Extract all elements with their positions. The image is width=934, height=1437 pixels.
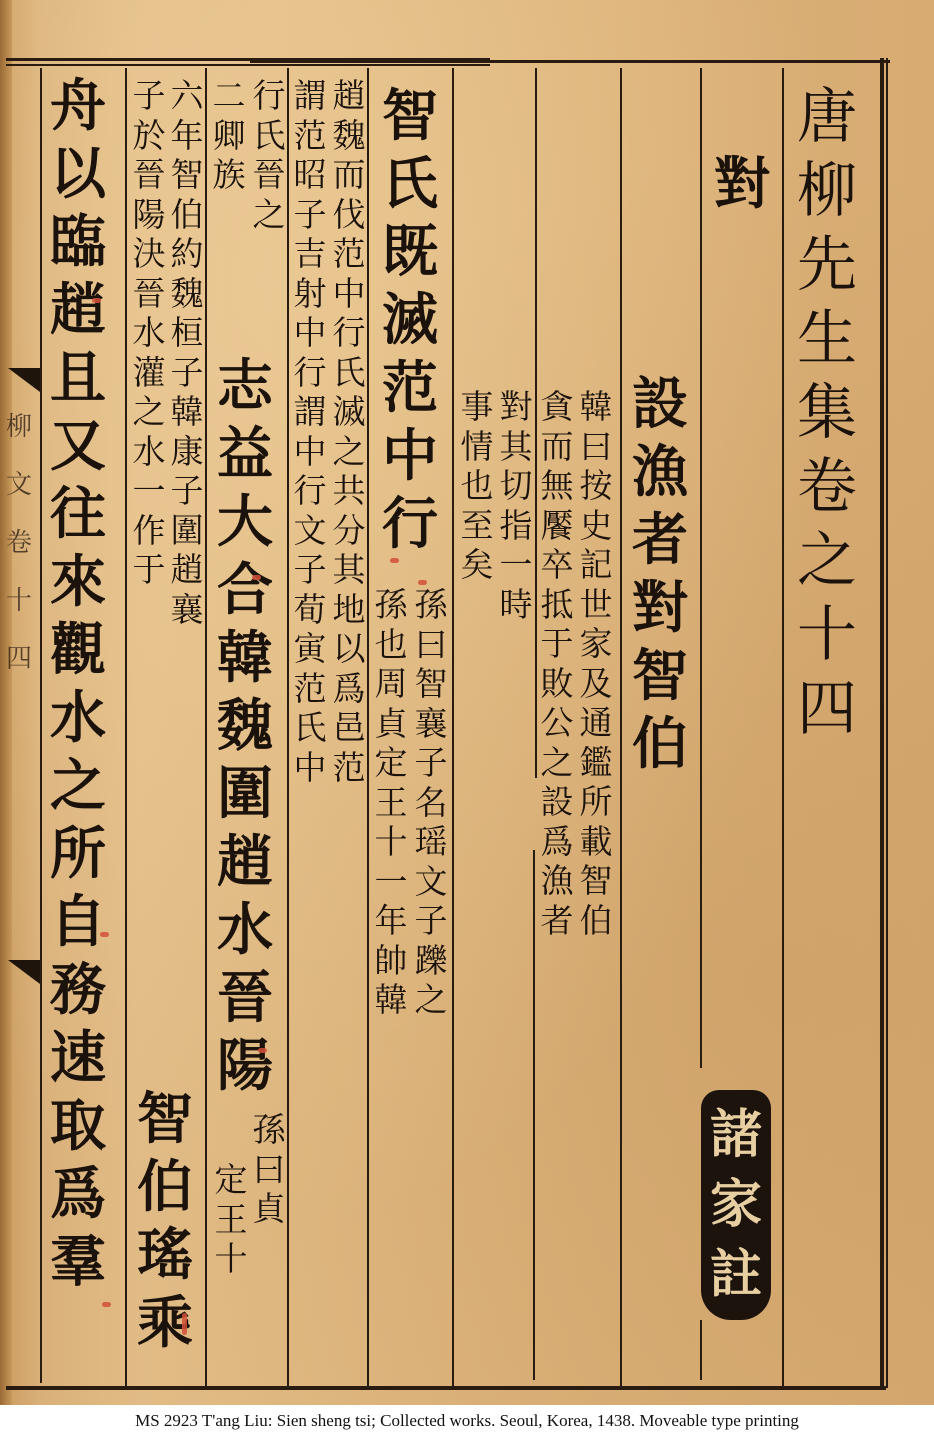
char: 圍 — [213, 760, 277, 828]
char: 十 — [6, 572, 32, 630]
char: 水 — [46, 684, 110, 752]
commentary-column-7a: 趙 魏 而 伐 范 中 行 氏 滅 之 共 分 其 地 以 爲 邑 范 — [330, 76, 368, 787]
char: 伐 — [330, 195, 368, 235]
char: 時 — [497, 585, 535, 625]
char: 也 — [372, 625, 410, 665]
char: 韓 — [213, 624, 277, 692]
char: 孫 — [250, 1110, 288, 1150]
frame-top-right — [250, 60, 890, 63]
char: 之 — [130, 392, 168, 432]
char: 智 — [577, 861, 615, 901]
char: 自 — [46, 888, 110, 956]
char: 魏 — [330, 116, 368, 156]
char: 于 — [538, 624, 576, 664]
char: 之 — [250, 195, 288, 235]
column-rule — [125, 68, 127, 1386]
char: 而 — [330, 155, 368, 195]
frame-right-inner — [886, 58, 888, 1388]
char: 至 — [458, 506, 496, 546]
char: 灌 — [130, 353, 168, 393]
image-caption: MS 2923 T'ang Liu: Sien sheng tsi; Colle… — [0, 1406, 934, 1437]
char: 四 — [792, 672, 862, 746]
char: 指 — [497, 506, 535, 546]
char: 敗 — [538, 664, 576, 704]
column-rule — [782, 68, 784, 1386]
char: 文 — [412, 862, 450, 902]
commentary-column-6a: 孫 曰 智 襄 子 名 瑶 文 子 躒 之 — [412, 585, 450, 1020]
char: 既 — [378, 218, 442, 286]
frame-right — [880, 58, 884, 1388]
char: 按 — [577, 466, 615, 506]
char: 射 — [291, 274, 329, 314]
char: 漁 — [538, 861, 576, 901]
page-spine — [0, 0, 12, 1405]
char: 之 — [330, 432, 368, 472]
char: 帥 — [372, 941, 410, 981]
scanned-page: 柳 文 卷 十 四 唐 柳 先 生 集 卷 之 十 四 對 諸 家 註 — [0, 0, 934, 1405]
char: 對 — [497, 387, 535, 427]
char: 且 — [46, 344, 110, 412]
char: 之 — [538, 743, 576, 783]
char: 吉 — [291, 234, 329, 274]
char: 水 — [130, 432, 168, 472]
char: 陽 — [213, 1032, 277, 1100]
red-punctuation-mark — [418, 580, 427, 585]
annotation-label-box: 諸 家 註 — [701, 1090, 771, 1320]
char: 載 — [577, 822, 615, 862]
commentary-column-2b: 事 情 也 至 矣 — [458, 387, 496, 585]
char: 王 — [212, 1200, 250, 1240]
char: 滅 — [378, 286, 442, 354]
char: 文 — [291, 511, 329, 551]
char: 爲 — [538, 822, 576, 862]
char: 躒 — [412, 941, 450, 981]
char: 地 — [330, 590, 368, 630]
char: 設 — [628, 370, 692, 438]
char: 氏 — [250, 116, 288, 156]
char: 所 — [46, 820, 110, 888]
second-column: 對 — [710, 150, 774, 218]
char: 大 — [213, 488, 277, 556]
char: 水 — [130, 313, 168, 353]
commentary-column-1b: 貪 而 無 饜 卒 抵 于 敗 公 之 設 爲 漁 者 — [538, 387, 576, 940]
main-column-9: 舟 以 臨 趙 且 又 往 來 觀 水 之 所 自 務 速 取 爲 羣 — [46, 72, 110, 1296]
char: 註 — [710, 1240, 762, 1310]
char: 抵 — [538, 585, 576, 625]
char: 氏 — [291, 708, 329, 748]
char: 魏 — [213, 692, 277, 760]
char: 定 — [212, 1160, 250, 1200]
red-punctuation-mark — [390, 558, 399, 563]
char: 邑 — [330, 708, 368, 748]
char: 十 — [792, 598, 862, 672]
char: 周 — [372, 664, 410, 704]
char: 智 — [378, 82, 442, 150]
char: 桓 — [168, 313, 206, 353]
char: 昭 — [291, 155, 329, 195]
char: 六 — [168, 76, 206, 116]
commentary-column-2a: 對 其 切 指 一 時 — [497, 387, 535, 624]
char: 晉 — [250, 155, 288, 195]
char: 范 — [378, 354, 442, 422]
char: 瑶 — [412, 822, 450, 862]
char: 速 — [46, 1024, 110, 1092]
commentary-column-8a: 行 氏 晉 之 — [250, 76, 288, 234]
char: 子 — [291, 550, 329, 590]
heading-column: 設 漁 者 對 智 伯 — [628, 370, 692, 778]
main-column-7: 志 益 大 合 韓 魏 圍 趙 水 晉 陽 — [213, 352, 277, 1100]
char: 謂 — [291, 76, 329, 116]
char: 瑤 — [133, 1221, 197, 1289]
char: 滅 — [330, 392, 368, 432]
char: 中 — [330, 274, 368, 314]
char: 魏 — [168, 274, 206, 314]
char: 合 — [213, 556, 277, 624]
char: 子 — [412, 901, 450, 941]
char: 范 — [291, 116, 329, 156]
char: 卷 — [792, 450, 862, 524]
char: 行 — [330, 313, 368, 353]
char: 爲 — [46, 1160, 110, 1228]
char: 康 — [168, 432, 206, 472]
char: 趙 — [213, 828, 277, 896]
char: 一 — [497, 545, 535, 585]
char: 伯 — [168, 195, 206, 235]
char: 貞 — [250, 1189, 288, 1229]
char: 往 — [46, 480, 110, 548]
char: 卷 — [6, 514, 32, 572]
char: 孫 — [412, 585, 450, 625]
char: 襄 — [168, 590, 206, 630]
commentary-column-8d: 子 於 晉 陽 決 晉 水 灌 之 水 一 作 于 — [130, 76, 168, 590]
char: 襄 — [412, 704, 450, 744]
char: 一 — [130, 471, 168, 511]
char: 情 — [458, 427, 496, 467]
column-rule — [535, 68, 537, 778]
column-rule — [700, 1320, 702, 1380]
fold-margin-text: 柳 文 卷 十 四 — [6, 398, 32, 688]
char: 行 — [291, 471, 329, 511]
char: 中 — [291, 432, 329, 472]
char: 約 — [168, 234, 206, 274]
char: 家 — [710, 1170, 762, 1240]
char: 其 — [330, 550, 368, 590]
char: 爲 — [330, 669, 368, 709]
char: 記 — [577, 545, 615, 585]
char: 韓 — [168, 392, 206, 432]
char: 務 — [46, 956, 110, 1024]
char: 韓 — [577, 387, 615, 427]
char: 舟 — [46, 72, 110, 140]
char: 無 — [538, 466, 576, 506]
char: 子 — [130, 76, 168, 116]
char: 范 — [330, 748, 368, 788]
char: 又 — [46, 412, 110, 480]
char: 趙 — [46, 276, 110, 344]
char: 四 — [6, 630, 32, 688]
char: 者 — [628, 506, 692, 574]
char: 取 — [46, 1092, 110, 1160]
char: 荀 — [291, 590, 329, 630]
char: 年 — [372, 901, 410, 941]
char: 貞 — [372, 704, 410, 744]
red-punctuation-mark — [182, 1313, 187, 1335]
red-punctuation-mark — [92, 298, 101, 303]
commentary-column-8c: 六 年 智 伯 約 魏 桓 子 韓 康 子 圍 趙 襄 — [168, 76, 206, 629]
char: 曰 — [577, 427, 615, 467]
char: 中 — [291, 748, 329, 788]
commentary-column-7d: 定 王 十 — [212, 1160, 250, 1279]
char: 文 — [6, 456, 32, 514]
char: 柳 — [792, 154, 862, 228]
fold-mark-upper — [8, 368, 40, 392]
char: 伯 — [133, 1153, 197, 1221]
char: 來 — [46, 548, 110, 616]
char: 子 — [168, 353, 206, 393]
char: 智 — [168, 155, 206, 195]
char: 生 — [792, 302, 862, 376]
column-rule — [452, 68, 454, 1386]
char: 之 — [792, 524, 862, 598]
frame-top-left-inner — [6, 64, 490, 66]
column-rule — [700, 68, 702, 1068]
char: 史 — [577, 506, 615, 546]
char: 事 — [458, 387, 496, 427]
char: 益 — [213, 420, 277, 488]
char: 智 — [412, 664, 450, 704]
red-punctuation-mark — [258, 1048, 267, 1053]
char: 于 — [130, 550, 168, 590]
char: 於 — [130, 116, 168, 156]
char: 王 — [372, 783, 410, 823]
char: 行 — [291, 353, 329, 393]
frame-left — [40, 68, 42, 1383]
column-rule — [620, 68, 622, 1386]
char: 分 — [330, 511, 368, 551]
char: 臨 — [46, 208, 110, 276]
char: 曰 — [250, 1150, 288, 1190]
fold-mark-lower — [8, 960, 40, 984]
char: 世 — [577, 585, 615, 625]
char: 十 — [212, 1239, 250, 1279]
char: 柳 — [6, 398, 32, 456]
char: 晉 — [213, 964, 277, 1032]
char: 觀 — [46, 616, 110, 684]
char: 共 — [330, 471, 368, 511]
char: 晉 — [130, 155, 168, 195]
char: 智 — [628, 642, 692, 710]
char: 子 — [412, 743, 450, 783]
char: 十 — [372, 822, 410, 862]
char: 子 — [291, 195, 329, 235]
char: 中 — [378, 422, 442, 490]
title-column: 唐 柳 先 生 集 卷 之 十 四 — [792, 80, 862, 746]
char: 者 — [538, 901, 576, 941]
commentary-column-1a: 韓 曰 按 史 記 世 家 及 通 鑑 所 載 智 伯 — [577, 387, 615, 940]
char: 通 — [577, 703, 615, 743]
char: 陽 — [130, 195, 168, 235]
char: 氏 — [330, 353, 368, 393]
char: 諸 — [710, 1100, 762, 1170]
char: 對 — [710, 150, 774, 218]
commentary-column-7c: 孫 曰 貞 — [250, 1110, 288, 1229]
char: 志 — [213, 352, 277, 420]
char: 羣 — [46, 1228, 110, 1296]
char: 年 — [168, 116, 206, 156]
char: 趙 — [330, 76, 368, 116]
char: 趙 — [168, 550, 206, 590]
char: 行 — [250, 76, 288, 116]
char: 唐 — [792, 80, 862, 154]
char: 卿 — [210, 116, 248, 156]
commentary-column-7b: 謂 范 昭 子 吉 射 中 行 謂 中 行 文 子 荀 寅 范 氏 中 — [291, 76, 329, 787]
commentary-column-8b: 二 卿 族 — [210, 76, 248, 195]
char: 行 — [378, 490, 442, 558]
char: 也 — [458, 466, 496, 506]
char: 矣 — [458, 545, 496, 585]
char: 鑑 — [577, 743, 615, 783]
char: 二 — [210, 76, 248, 116]
char: 決 — [130, 234, 168, 274]
red-punctuation-mark — [100, 932, 109, 937]
char: 饜 — [538, 506, 576, 546]
char: 晉 — [130, 274, 168, 314]
char: 孫 — [372, 585, 410, 625]
commentary-column-6b: 孫 也 周 貞 定 王 十 一 年 帥 韓 — [372, 585, 410, 1020]
char: 名 — [412, 783, 450, 823]
char: 先 — [792, 228, 862, 302]
char: 設 — [538, 782, 576, 822]
char: 水 — [213, 896, 277, 964]
char: 子 — [168, 471, 206, 511]
char: 之 — [46, 752, 110, 820]
char: 卒 — [538, 545, 576, 585]
char: 曰 — [412, 625, 450, 665]
char: 及 — [577, 664, 615, 704]
char: 其 — [497, 427, 535, 467]
char: 切 — [497, 466, 535, 506]
char: 對 — [628, 574, 692, 642]
char: 伯 — [628, 710, 692, 778]
char: 所 — [577, 782, 615, 822]
char: 集 — [792, 376, 862, 450]
char: 范 — [291, 669, 329, 709]
char: 家 — [577, 624, 615, 664]
frame-bottom — [6, 1386, 886, 1390]
char: 伯 — [577, 901, 615, 941]
char: 漁 — [628, 438, 692, 506]
main-column-8: 智 伯 瑤 乘 — [133, 1085, 197, 1357]
main-column-6: 智 氏 既 滅 范 中 行 — [378, 82, 442, 558]
char: 以 — [46, 140, 110, 208]
red-punctuation-mark — [102, 1302, 111, 1307]
char: 圍 — [168, 511, 206, 551]
char: 范 — [330, 234, 368, 274]
char: 而 — [538, 427, 576, 467]
char: 中 — [291, 313, 329, 353]
char: 乘 — [133, 1289, 197, 1357]
char: 氏 — [378, 150, 442, 218]
char: 貪 — [538, 387, 576, 427]
char: 謂 — [291, 392, 329, 432]
char: 之 — [412, 980, 450, 1020]
char: 一 — [372, 862, 410, 902]
char: 寅 — [291, 629, 329, 669]
char: 以 — [330, 629, 368, 669]
char: 作 — [130, 511, 168, 551]
column-rule — [533, 850, 535, 1380]
char: 智 — [133, 1085, 197, 1153]
red-punctuation-mark — [252, 575, 261, 580]
char: 族 — [210, 155, 248, 195]
char: 定 — [372, 743, 410, 783]
char: 公 — [538, 703, 576, 743]
char: 韓 — [372, 980, 410, 1020]
